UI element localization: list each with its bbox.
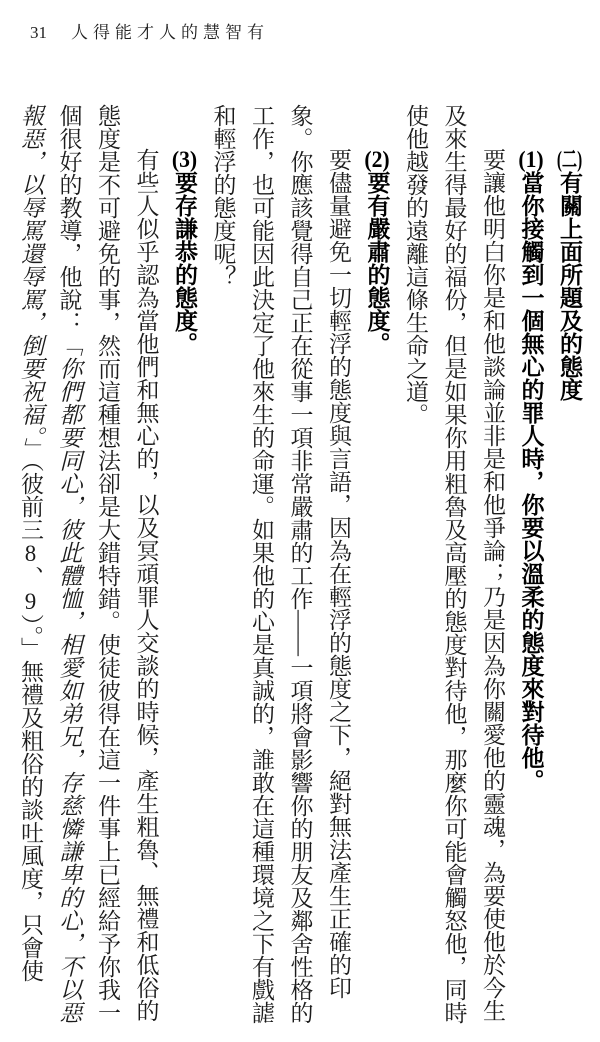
text-segment: 有關上面所題及的態度 <box>557 171 582 401</box>
scripture-quote: 報惡，以辱罵還辱罵，倒要祝福。」 <box>18 104 43 461</box>
text-column: 要儘量避免一切輕浮的態度與言語，因為在輕浮的態度之下，絕對無法產生正確的印 <box>319 104 358 1040</box>
text-column: 有些人似乎認為當他們和無心的，以及冥頑罪人交談的時候，產生粗魯、無禮和低俗的 <box>126 104 165 1040</box>
text-segment: 及來生得最好的福份，但是如果你用粗魯及高壓的態度對待他，那麼你可能會觸怒他，同時 <box>442 104 467 1024</box>
text-segment: 工作，也可能因此決定了他來生的命運。如果他的心是真誠的，誰敢在這種環境之下有戲謔 <box>249 104 274 1024</box>
text-segment: 當你接觸到一個無心的罪人時，你要以溫柔的態度來對待他。 <box>519 171 544 792</box>
text-segment: 使他越發的遠離這條生命之道。 <box>403 104 428 426</box>
text-column: 及來生得最好的福份，但是如果你用粗魯及高壓的態度對待他，那麼你可能會觸怒他，同時 <box>434 104 473 1040</box>
text-segment: 8、9 <box>18 541 43 614</box>
heading-column: (2)要有嚴肅的態度。 <box>357 104 396 1040</box>
text-segment: 態度是不可避免的事，然而這種想法卻是大錯特錯。使徒彼得在這一件事上已經給予你我一 <box>95 104 120 1024</box>
text-column: 要讓他明白你是和他談論並非是和他爭論；乃是因為你關愛他的靈魂，為要使他於今生 <box>473 104 512 1040</box>
page-number: 31 <box>30 23 47 43</box>
scripture-quote: 「你們都要同心，彼此體恤，相愛如弟兄，存慈憐謙卑的心，不以惡 <box>57 334 82 1024</box>
text-segment: 要讓他明白你是和他談論並非是和他爭論；乃是因為你關愛他的靈魂，為要使他於今生 <box>480 148 505 1022</box>
text-segment: 個很好的教導，他說： <box>57 104 82 334</box>
item-number: (2) <box>365 148 390 171</box>
running-head: 31 人得能才人的慧智有 <box>30 18 269 43</box>
text-column: 個很好的教導，他說：「你們都要同心，彼此體恤，相愛如弟兄，存慈憐謙卑的心，不以惡 <box>49 104 88 1040</box>
text-column: 象。你應該覺得自己正在從事一項非常嚴肅的工作——一項將會影響你的朋友及鄰舍性格的 <box>280 104 319 1040</box>
text-column: 和輕浮的態度呢？ <box>203 104 242 1040</box>
text-segment: （彼前三 <box>18 461 43 542</box>
text-column: 報惡，以辱罵還辱罵，倒要祝福。」（彼前三8、9）。」無禮及粗俗的談吐風度，只會使 <box>11 104 50 1040</box>
text-segment: 要有嚴肅的態度。 <box>365 171 390 355</box>
heading-column: (3)要存謙恭的態度。 <box>165 104 204 1040</box>
text-column: 態度是不可避免的事，然而這種想法卻是大錯特錯。使徒彼得在這一件事上已經給予你我一 <box>88 104 127 1040</box>
text-segment: ）。」無禮及粗俗的談吐風度，只會使 <box>18 614 43 982</box>
item-number: (1) <box>519 148 544 171</box>
item-number: (3) <box>172 148 197 171</box>
text-segment: 要存謙恭的態度。 <box>172 171 197 355</box>
text-column: 工作，也可能因此決定了他來生的命運。如果他的心是真誠的，誰敢在這種環境之下有戲謔 <box>242 104 281 1040</box>
book-page: 31 人得能才人的慧智有 (二)有關上面所題及的態度(1)當你接觸到一個無心的罪… <box>0 0 600 1042</box>
heading-column: (1)當你接觸到一個無心的罪人時，你要以溫柔的態度來對待他。 <box>511 104 550 1040</box>
text-segment: 和輕浮的態度呢？ <box>211 104 236 288</box>
text-column: 使他越發的遠離這條生命之道。 <box>396 104 435 1040</box>
text-segment: 象。你應該覺得自己正在從事一項非常嚴肅的工作——一項將會影響你的朋友及鄰舍性格的 <box>288 104 313 1024</box>
text-body: (二)有關上面所題及的態度(1)當你接觸到一個無心的罪人時，你要以溫柔的態度來對… <box>11 104 589 1040</box>
running-title: 人得能才人的慧智有 <box>71 18 269 43</box>
text-segment: 要儘量避免一切輕浮的態度與言語，因為在輕浮的態度之下，絕對無法產生正確的印 <box>326 148 351 999</box>
item-number: (二) <box>557 148 582 171</box>
heading-column: (二)有關上面所題及的態度 <box>550 104 589 1040</box>
text-segment: 有些人似乎認為當他們和無心的，以及冥頑罪人交談的時候，產生粗魯、無禮和低俗的 <box>134 148 159 1022</box>
